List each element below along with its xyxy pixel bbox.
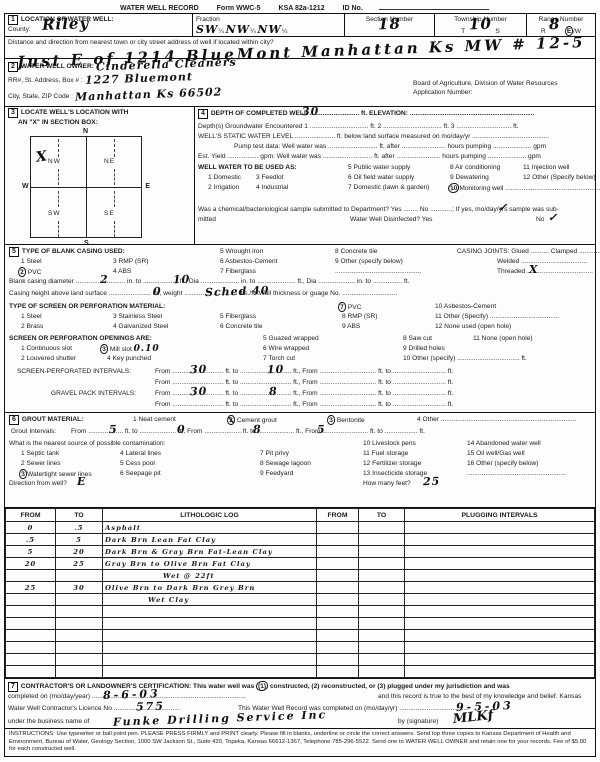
screen-material-3: 3 Stainless Steel bbox=[113, 312, 162, 321]
range-label: Range Number bbox=[539, 16, 584, 23]
blank-casing-diameter-line: Blank casing diameter ..................… bbox=[9, 277, 410, 286]
lithologic-log-section: FROM TO LITHOLOGIC LOG FROM TO PLUGGING … bbox=[5, 507, 595, 678]
log-text: Gray Brn to Olive Brn Fat Clay bbox=[103, 558, 317, 570]
use-option-7: 7 Domestic (lawn & garden) bbox=[348, 183, 429, 192]
direction-value: E bbox=[77, 477, 87, 487]
log-header-lith: LITHOLOGIC LOG bbox=[103, 509, 317, 522]
log-to bbox=[56, 654, 103, 666]
opening-3-circled: 3 bbox=[100, 344, 109, 355]
use-option-10-label: Monitoring well ........................… bbox=[459, 185, 600, 192]
log-to: 30 bbox=[56, 582, 103, 594]
casing-option-8: 8 Concrete tile bbox=[335, 247, 378, 256]
plug-text bbox=[405, 654, 595, 666]
plug-to bbox=[359, 522, 405, 534]
plug-text bbox=[405, 642, 595, 654]
log-header-to: TO bbox=[56, 509, 103, 522]
section-location-box: N S W E NW NE SW SE bbox=[30, 136, 142, 238]
section3-title-1: LOCATE WELL'S LOCATION WITH bbox=[21, 109, 129, 116]
log-header-plug: PLUGGING INTERVALS bbox=[405, 509, 595, 522]
log-row: 2025Gray Brn to Olive Brn Fat Clay bbox=[6, 558, 595, 570]
plug-to bbox=[359, 534, 405, 546]
use-option-9: 9 Dewatering bbox=[450, 173, 489, 182]
how-many-feet-label: How many feet? bbox=[363, 479, 411, 488]
plug-from bbox=[317, 546, 359, 558]
log-row: Wet @ 22ft bbox=[6, 570, 595, 582]
contam-other-dots: ........................................… bbox=[467, 469, 566, 478]
casing-height-value: 0 bbox=[153, 287, 162, 297]
est-yield-line: Est. Yield ................. gpm: Well w… bbox=[198, 153, 541, 160]
plug-to bbox=[359, 606, 405, 618]
plug-to bbox=[359, 630, 405, 642]
log-from bbox=[6, 654, 56, 666]
casing-option-5: 5 Wrought iron bbox=[220, 247, 263, 256]
opening-11: 11 None (open hole) bbox=[473, 334, 533, 343]
form-ksa: KSA 82a-1212 bbox=[279, 5, 325, 12]
instructions-text: INSTRUCTIONS: Use typewriter or ball poi… bbox=[9, 731, 586, 752]
plug-text bbox=[405, 594, 595, 606]
screen-intervals-label: SCREEN-PERFORATED INTERVALS: bbox=[17, 367, 131, 376]
contam-10: 10 Livestock pens bbox=[363, 439, 416, 448]
contam-6: 6 Seepage pit bbox=[120, 469, 161, 478]
log-from bbox=[6, 570, 56, 582]
form-id-label: ID No. bbox=[343, 5, 363, 12]
casing-joints-line-1: CASING JOINTS: Glued .......... Clamped … bbox=[457, 247, 600, 256]
section2-owner: 2WATER WELL OWNER: Cinderella Cleaners R… bbox=[5, 58, 595, 106]
plug-text bbox=[405, 534, 595, 546]
casing-option-7: 7 Fiberglass bbox=[220, 267, 256, 276]
township-s: S bbox=[495, 28, 499, 35]
section3-locate: 3LOCATE WELL'S LOCATION WITH AN "X" IN S… bbox=[5, 107, 195, 244]
quarter-glyph: ¼ bbox=[282, 28, 288, 35]
well-x-mark: X bbox=[35, 148, 49, 165]
plug-text bbox=[405, 582, 595, 594]
log-from bbox=[6, 594, 56, 606]
log-row: 2530Olive Brn to Dark Brn Grey Brn bbox=[6, 582, 595, 594]
quarter-glyph: ¼ bbox=[250, 28, 256, 35]
contam-11: 11 Fuel storage bbox=[363, 449, 408, 458]
log-header-from: FROM bbox=[6, 509, 56, 522]
log-from bbox=[6, 606, 56, 618]
opening-2: 2 Louvered shutter bbox=[21, 354, 76, 363]
plug-to bbox=[359, 558, 405, 570]
log-header-from2: FROM bbox=[317, 509, 359, 522]
section6-title: GROUT MATERIAL: bbox=[22, 416, 83, 423]
section1-location: 1LOCATION OF WATER WELL: County: Riley F… bbox=[5, 14, 595, 36]
screen-openings-title: SCREEN OR PERFORATION OPENINGS ARE: bbox=[9, 334, 152, 343]
cert-line4a: under the business name of bbox=[8, 718, 89, 725]
section-number-value: 18 bbox=[378, 19, 401, 30]
application-number-label: Application Number: bbox=[413, 89, 472, 96]
casing-option-2-circled: 2 bbox=[18, 267, 27, 278]
screen-material-1: 1 Steel bbox=[21, 312, 42, 321]
gravel-pack-line-2: From ............................ ft. to… bbox=[155, 400, 453, 409]
log-row: .55Dark Brn Lean Fat Clay bbox=[6, 534, 595, 546]
contam-4: 4 Lateral lines bbox=[120, 449, 161, 458]
log-from bbox=[6, 642, 56, 654]
dash-line bbox=[114, 169, 115, 185]
disinfected-no-check: ✓ bbox=[548, 213, 558, 223]
log-row-empty bbox=[6, 642, 595, 654]
township-value: 10 bbox=[469, 19, 492, 30]
section1-number: 1 bbox=[8, 15, 18, 25]
log-from bbox=[6, 666, 56, 678]
log-to bbox=[56, 606, 103, 618]
grout-from-1: 5 bbox=[109, 425, 118, 435]
screen-material-8: 8 RMP (SR) bbox=[342, 312, 377, 321]
dash-line bbox=[58, 191, 59, 207]
plug-to bbox=[359, 594, 405, 606]
contam-16: 16 Other (specify below) bbox=[467, 459, 538, 468]
log-text: Wet @ 22ft bbox=[103, 570, 317, 582]
static-level-line: WELL'S STATIC WATER LEVEL ..............… bbox=[198, 133, 549, 140]
quarter-glyph: ¼ bbox=[218, 28, 224, 35]
screen-material-7-circled: 7 bbox=[338, 302, 347, 313]
screen-material-2: 2 Brass bbox=[21, 322, 43, 331]
opening-6: 6 Wire wrapped bbox=[263, 344, 309, 353]
log-text: Asphalt bbox=[103, 522, 317, 534]
plug-from bbox=[317, 558, 359, 570]
lithologic-log-table: FROM TO LITHOLOGIC LOG FROM TO PLUGGING … bbox=[5, 508, 595, 678]
owner-address-label: RR#, St. Address, Box # : bbox=[8, 77, 83, 84]
range-value: 8 bbox=[549, 19, 561, 29]
opening-3-label: Mill slot bbox=[110, 346, 132, 353]
id-blank-line bbox=[379, 2, 489, 10]
plug-text bbox=[405, 666, 595, 678]
fraction-2: NW bbox=[226, 23, 250, 36]
log-text bbox=[103, 606, 317, 618]
board-label: Board of Agriculture, Division of Water … bbox=[413, 80, 558, 87]
screen-material-11: 11 Other (Specify) .....................… bbox=[435, 312, 559, 321]
plug-text bbox=[405, 570, 595, 582]
plug-from bbox=[317, 570, 359, 582]
sample-no-check: ✓ bbox=[498, 203, 508, 213]
quadrant-sw: SW bbox=[48, 210, 60, 217]
fraction-1: SW bbox=[196, 23, 218, 36]
screen-material-4: 4 Galvanized Steel bbox=[113, 322, 168, 331]
use-option-1: 1 Domestic bbox=[208, 173, 241, 182]
contam-2: 2 Sewer lines bbox=[21, 459, 61, 468]
owner-address-value: 1227 Bluemont bbox=[84, 72, 192, 86]
license-number: 575 bbox=[136, 701, 165, 712]
screen-material-10: 10 Asbestos-Cement bbox=[435, 302, 496, 311]
constructed-circled: (1) bbox=[256, 680, 269, 691]
grout-to-1: 0 bbox=[177, 425, 186, 435]
form-title: WATER WELL RECORD bbox=[120, 5, 199, 12]
casing-option-4: 4 ABS bbox=[113, 267, 131, 276]
use-option-3: 3 Feedlot bbox=[256, 173, 284, 182]
log-row: 0.5Asphalt bbox=[6, 522, 595, 534]
log-from bbox=[6, 630, 56, 642]
opening-8: 8 Saw cut bbox=[403, 334, 432, 343]
depth-value: 30 bbox=[302, 107, 320, 118]
water-well-record-form: WATER WELL RECORD Form WWC-5 KSA 82a-121… bbox=[0, 0, 600, 762]
cert-line1a: This water well was bbox=[193, 683, 254, 690]
form-number: Form WWC-5 bbox=[217, 5, 261, 12]
log-to: .5 bbox=[56, 522, 103, 534]
opening-10: 10 Other (specify) .....................… bbox=[403, 354, 527, 363]
screen-material-6: 6 Concrete tile bbox=[220, 322, 263, 331]
contam-7: 7 Pit privy bbox=[260, 449, 289, 458]
screen-interval-to: 10 bbox=[267, 365, 285, 376]
section3-number: 3 bbox=[8, 108, 18, 118]
contam-9: 9 Feedyard bbox=[260, 469, 293, 478]
pump-test-line: Pump test data: Well water was .........… bbox=[234, 143, 546, 150]
signature-label: by (signature) bbox=[398, 717, 438, 726]
mill-slot-value: 0.10 bbox=[134, 344, 160, 354]
dash-line bbox=[58, 169, 59, 185]
grout-from-2: 8 bbox=[253, 425, 262, 435]
log-row-empty bbox=[6, 606, 595, 618]
screen-material-title: TYPE OF SCREEN OR PERFORATION MATERIAL: bbox=[9, 302, 165, 311]
section3-title-2: AN "X" IN SECTION BOX: bbox=[18, 119, 98, 126]
contam-8: 8 Sewage lagoon bbox=[260, 459, 311, 468]
screen-material-5: 5 Fiberglass bbox=[220, 312, 256, 321]
screen-interval-from: 30 bbox=[190, 365, 208, 376]
plug-to bbox=[359, 666, 405, 678]
casing-joints-line-2: Welded .................................… bbox=[497, 257, 587, 266]
grout-intervals-line: From ................... ft. to ........… bbox=[71, 427, 425, 436]
dash-line bbox=[58, 139, 59, 157]
use-option-4: 4 Industrial bbox=[256, 183, 288, 192]
casing-option-9-dots: ........................................… bbox=[335, 267, 421, 276]
log-row-empty bbox=[6, 618, 595, 630]
log-to bbox=[56, 618, 103, 630]
section6-number: 6 bbox=[9, 415, 19, 425]
instructions-block: INSTRUCTIONS: Use typewriter or ball poi… bbox=[5, 728, 595, 756]
log-text bbox=[103, 654, 317, 666]
use-title: WELL WATER TO BE USED AS: bbox=[198, 164, 297, 171]
log-row: 520Dark Brn & Gray Brn Fat-Lean Clay bbox=[6, 546, 595, 558]
plug-from bbox=[317, 618, 359, 630]
how-many-feet-value: 25 bbox=[423, 477, 441, 488]
compass-w: W bbox=[22, 183, 29, 190]
casing-option-1: 1 Steel bbox=[21, 257, 42, 266]
log-to bbox=[56, 630, 103, 642]
log-row-empty bbox=[6, 666, 595, 678]
grout-intervals-label: Grout Intervals: bbox=[11, 427, 56, 436]
section4-depth: 4DEPTH OF COMPLETED WELL ...............… bbox=[195, 107, 595, 244]
plug-from bbox=[317, 606, 359, 618]
casing-height-line: Casing height above land surface .......… bbox=[9, 289, 397, 298]
groundwater-line: Depth(s) Groundwater Encountered 1 .....… bbox=[198, 123, 519, 130]
log-text: Dark Brn Lean Fat Clay bbox=[103, 534, 317, 546]
use-option-5: 5 Public water supply bbox=[348, 163, 410, 172]
screen-material-9: 9 ABS bbox=[342, 322, 360, 331]
use-option-8: 8 Air conditioning bbox=[450, 163, 500, 172]
grout-option-3-circled: 3 bbox=[327, 415, 336, 426]
use-option-11: 11 Injection well bbox=[523, 163, 569, 172]
opening-4: 4 Key punched bbox=[107, 354, 151, 363]
compass-e: E bbox=[145, 183, 150, 190]
signature-scribble: MLKf bbox=[453, 711, 494, 725]
log-text bbox=[103, 666, 317, 678]
plug-to bbox=[359, 570, 405, 582]
county-value: Riley bbox=[42, 18, 89, 30]
quadrant-ne: NE bbox=[104, 158, 115, 165]
dash-line bbox=[114, 191, 115, 207]
contamination-question: What is the nearest source of possible c… bbox=[9, 439, 166, 448]
log-row-empty bbox=[6, 654, 595, 666]
section2-number: 2 bbox=[8, 62, 18, 72]
owner-title: WATER WELL OWNER: bbox=[21, 63, 94, 70]
section3-4-row: 3LOCATE WELL'S LOCATION WITH AN "X" IN S… bbox=[5, 106, 595, 244]
log-text: Olive Brn to Dark Brn Grey Brn bbox=[103, 582, 317, 594]
fraction-label: Fraction bbox=[196, 16, 220, 23]
log-to bbox=[56, 570, 103, 582]
use-option-2: 2 Irrigation bbox=[208, 183, 239, 192]
opening-1: 1 Continuous slot bbox=[21, 344, 72, 353]
section7-certification: 7CONTRACTOR'S OR LANDOWNER'S CERTIFICATI… bbox=[5, 678, 595, 728]
form-header: WATER WELL RECORD Form WWC-5 KSA 82a-121… bbox=[120, 2, 590, 12]
plug-text bbox=[405, 546, 595, 558]
log-header-to2: TO bbox=[359, 509, 405, 522]
log-from: 5 bbox=[6, 546, 56, 558]
gravel-pack-label: GRAVEL PACK INTERVALS: bbox=[51, 389, 136, 398]
quadrant-se: SE bbox=[104, 210, 115, 217]
use-option-12: 12 Other (Specify below) bbox=[523, 173, 596, 182]
log-to: 5 bbox=[56, 534, 103, 546]
log-text bbox=[103, 618, 317, 630]
casing-option-9: 9 Other (specify below) bbox=[335, 257, 403, 266]
log-from: 25 bbox=[6, 582, 56, 594]
section5-number: 5 bbox=[9, 247, 19, 257]
plug-to bbox=[359, 654, 405, 666]
opening-9: 9 Drilled holes bbox=[403, 344, 445, 353]
contam-13: 13 Insecticide storage bbox=[363, 469, 427, 478]
log-text bbox=[103, 630, 317, 642]
casing-diameter-value: 2 bbox=[100, 275, 109, 285]
plug-from bbox=[317, 642, 359, 654]
section7-number: 7 bbox=[8, 682, 18, 692]
log-from bbox=[6, 618, 56, 630]
plug-from bbox=[317, 594, 359, 606]
casing-option-2-label: PVC bbox=[28, 269, 42, 276]
plug-text bbox=[405, 558, 595, 570]
log-row: Wet Clay bbox=[6, 594, 595, 606]
plug-text bbox=[405, 618, 595, 630]
section-box-horizontal-line bbox=[31, 187, 141, 188]
township-t: T bbox=[461, 28, 465, 35]
plug-text bbox=[405, 522, 595, 534]
casing-weight-value: Sched 40 bbox=[205, 286, 270, 298]
grout-option-2-circled-crossed: 2 bbox=[227, 415, 236, 426]
fraction-3: NW bbox=[257, 23, 281, 36]
plug-text bbox=[405, 606, 595, 618]
screen-material-12: 12 None used (open hole) bbox=[435, 322, 511, 331]
owner-city-value: Manhattan Ks 66502 bbox=[75, 87, 223, 102]
compass-n: N bbox=[83, 128, 88, 135]
casing-option-3: 3 RMP (SR) bbox=[113, 257, 148, 266]
plug-from bbox=[317, 582, 359, 594]
log-row-empty bbox=[6, 630, 595, 642]
section4-number: 4 bbox=[198, 109, 208, 119]
log-text: Dark Brn & Gray Brn Fat-Lean Clay bbox=[103, 546, 317, 558]
direction-label: Direction from well? bbox=[9, 479, 67, 488]
grout-to-2: 5 bbox=[317, 425, 326, 435]
disinfected-no-label: No bbox=[536, 215, 544, 224]
plug-to bbox=[359, 618, 405, 630]
log-to: 20 bbox=[56, 546, 103, 558]
sample-mitted: mitted bbox=[198, 216, 216, 223]
depth-line: DEPTH OF COMPLETED WELL ................… bbox=[211, 110, 535, 117]
section6-grout: 6GROUT MATERIAL: 1 Neat cement 2 Cement … bbox=[5, 412, 595, 507]
log-text: Wet Clay bbox=[103, 594, 317, 606]
gravel-pack-to: 8 bbox=[269, 387, 278, 397]
casing-option-6: 6 Asbestos-Cement bbox=[220, 257, 278, 266]
county-label: County: bbox=[8, 26, 31, 33]
log-from: 20 bbox=[6, 558, 56, 570]
plug-from bbox=[317, 522, 359, 534]
threaded-x-mark: X bbox=[529, 265, 539, 275]
plug-to bbox=[359, 546, 405, 558]
contam-15: 15 Oil well/Gas well bbox=[467, 449, 525, 458]
dash-line bbox=[58, 221, 59, 237]
plug-from bbox=[317, 534, 359, 546]
log-to bbox=[56, 642, 103, 654]
log-from: 0 bbox=[6, 522, 56, 534]
grout-option-4: 4 Other ................................… bbox=[417, 415, 576, 424]
cert-line1b: constructed, (2) reconstructed, or (3) p… bbox=[270, 683, 510, 690]
plug-to bbox=[359, 582, 405, 594]
log-to bbox=[56, 594, 103, 606]
opening-7: 7 Torch cut bbox=[263, 354, 295, 363]
log-to: 25 bbox=[56, 558, 103, 570]
dash-line bbox=[114, 139, 115, 157]
use-option-6: 6 Oil field water supply bbox=[348, 173, 414, 182]
opening-5: 5 Guazed wrapped bbox=[263, 334, 319, 343]
log-to bbox=[56, 666, 103, 678]
casing-depth-value: 10 bbox=[173, 275, 191, 286]
contam-12: 12 Fertilizer storage bbox=[363, 459, 421, 468]
dash-line bbox=[114, 221, 115, 237]
disinfected-label: Water Well Disinfected? Yes bbox=[350, 215, 432, 224]
use-option-10-circled: 10 bbox=[448, 183, 460, 194]
contam-5: 5 Cess pool bbox=[120, 459, 155, 468]
log-header-row: FROM TO LITHOLOGIC LOG FROM TO PLUGGING … bbox=[6, 509, 595, 522]
owner-city-label: City, State, ZIP Code : bbox=[8, 93, 73, 100]
contam-14: 14 Abandoned water well bbox=[467, 439, 541, 448]
gravel-pack-from: 30 bbox=[190, 387, 208, 398]
form-body: 1LOCATION OF WATER WELL: County: Riley F… bbox=[4, 13, 596, 757]
section5-casing: 5TYPE OF BLANK CASING USED: 5 Wrought ir… bbox=[5, 244, 595, 412]
grout-option-3-label: Bentonite bbox=[337, 417, 365, 424]
distance-row: Distance and direction from nearest town… bbox=[5, 36, 595, 58]
log-from: .5 bbox=[6, 534, 56, 546]
plug-from bbox=[317, 630, 359, 642]
plug-to bbox=[359, 642, 405, 654]
plug-from bbox=[317, 666, 359, 678]
quadrant-nw: NW bbox=[48, 158, 61, 165]
casing-joints-line-3: Threaded ...............................… bbox=[497, 267, 593, 276]
plug-text bbox=[405, 630, 595, 642]
screen-material-7-label: PVC bbox=[348, 304, 362, 311]
grout-option-1: 1 Neat cement bbox=[133, 415, 176, 424]
section5-title: TYPE OF BLANK CASING USED: bbox=[22, 248, 125, 255]
log-text bbox=[103, 642, 317, 654]
contam-1: 1 Septic tank bbox=[21, 449, 59, 458]
plug-from bbox=[317, 654, 359, 666]
